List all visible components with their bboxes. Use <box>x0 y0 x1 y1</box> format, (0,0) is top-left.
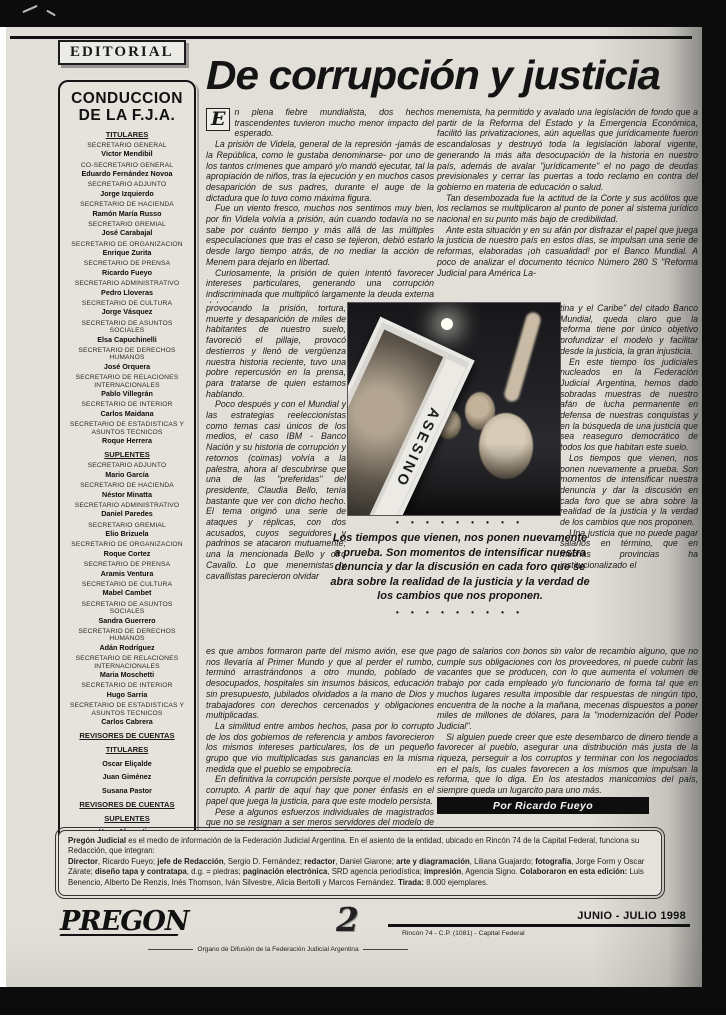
credit-label: Tirada: <box>398 878 424 887</box>
pull-quote-text: Los tiempos que vienen, nos ponen nuevam… <box>330 531 590 604</box>
sidebar-role: SECRETARIO ADMINISTRATIVO <box>64 502 190 510</box>
sidebar-role: SECRETARIO DE ORGANIZACION <box>64 241 190 249</box>
credit-label: diseño tapa y contratapa <box>95 867 187 876</box>
article-column-left-bottom: es que ambos formaron parte del mismo av… <box>206 646 434 844</box>
article-column-right-top: menemista, ha permitido y avalado una le… <box>437 107 698 302</box>
sidebar-section-subheading: TITULARES <box>64 745 190 754</box>
sidebar-name: José Orquera <box>64 363 190 371</box>
sidebar-role: SECRETARIO DE PRENSA <box>64 561 190 569</box>
sidebar-role: SECRETARIO DE ORGANIZACION <box>64 541 190 549</box>
sidebar-name: José Carabajal <box>64 229 190 237</box>
protest-photo: ASESINO <box>348 303 560 515</box>
hairline <box>148 949 193 950</box>
sidebar-name: Juan Giménez <box>64 773 190 781</box>
sidebar-role: SECRETARIO DE CULTURA <box>64 300 190 308</box>
paragraph: Tan desembozada fue la actitud de la Cor… <box>437 193 698 225</box>
sidebar-section-subheading: SUPLENTES <box>64 814 190 823</box>
sidebar-name: Aramis Ventura <box>64 570 190 578</box>
sidebar-role: SECRETARIO DE DERECHOS HUMANOS <box>64 628 190 643</box>
sidebar-section: SUPLENTESSECRETARIO ADJUNTOMario GarcíaS… <box>64 450 190 726</box>
sidebar-name: Elsa Capuchinelli <box>64 336 190 344</box>
sidebar-sections: TITULARESSECRETARIO GENERALVictor Mendib… <box>64 130 190 846</box>
sidebar-role: SECRETARIO ADJUNTO <box>64 181 190 189</box>
fja-leadership-box: CONDUCCION DE LA F.J.A. TITULARESSECRETA… <box>58 80 196 846</box>
editorial-label: EDITORIAL <box>70 44 174 60</box>
sidebar-role: SECRETARIO DE ASUNTOS SOCIALES <box>64 601 190 616</box>
sidebar-name: Jorge Vásquez <box>64 308 190 316</box>
paragraph: Si alguien puede creer que este desembar… <box>437 732 698 795</box>
sidebar-role: SECRETARIO DE PRENSA <box>64 260 190 268</box>
sidebar-section-heading: REVISORES DE CUENTAS <box>64 800 190 809</box>
sidebar-name: Ramón María Russo <box>64 210 190 218</box>
paragraph: En este tiempo los judiciales nucleados … <box>560 357 698 453</box>
sidebar-role: SECRETARIO DE ASUNTOS SOCIALES <box>64 320 190 335</box>
sidebar-role: SECRETARIO DE INTERIOR <box>64 401 190 409</box>
paragraph: Curiosamente, la prisión de quien intent… <box>206 268 434 303</box>
credit-label: jefe de Redacción <box>157 857 223 866</box>
sidebar-name: Carlos Maidana <box>64 410 190 418</box>
sidebar-name: Pedro Lloveras <box>64 289 190 297</box>
footer-organ-line: Organo de Difusión de la Federación Judi… <box>148 946 408 953</box>
credit-label: redactor <box>304 857 335 866</box>
sidebar-name: Maria Moschetti <box>64 671 190 679</box>
sidebar-role: SECRETARIO DE HACIENDA <box>64 482 190 490</box>
masthead-box: Pregón Judicial es el medio de informaci… <box>58 830 662 896</box>
sidebar-name: Néstor Minatta <box>64 491 190 499</box>
pull-quote: • • • • • • • • • Los tiempos que vienen… <box>330 516 590 642</box>
sidebar-title-line1: CONDUCCION <box>64 90 190 107</box>
sidebar-role: SECRETARIO DE CULTURA <box>64 581 190 589</box>
credit-label: Director <box>68 857 98 866</box>
sidebar-role: SECRETARIO DE DERECHOS HUMANOS <box>64 347 190 362</box>
sidebar-name: Daniel Paredes <box>64 510 190 518</box>
sidebar-role: CO-SECRETARIO GENERAL <box>64 162 190 170</box>
address-line: Rincón 74 - C.P. (1081) - Capital Federa… <box>388 930 690 937</box>
top-rule <box>10 36 692 39</box>
sidebar-name: Pablo Villegrán <box>64 390 190 398</box>
sidebar-role: SECRETARIO DE HACIENDA <box>64 201 190 209</box>
paragraph: En plena fiebre mundialista, dos hechos … <box>206 107 434 139</box>
page-number: 2 <box>336 900 359 939</box>
sidebar-section: REVISORES DE CUENTASTITULARESOscar Eliça… <box>64 731 190 795</box>
credit-label: fotografía <box>535 857 571 866</box>
sidebar-name: Eduardo Fernández Novoa <box>64 170 190 178</box>
byline-text: Por Ricardo Fueyo <box>493 800 593 812</box>
sidebar-role: SECRETARIO GREMIAL <box>64 522 190 530</box>
credit-label: arte y diagramación <box>396 857 470 866</box>
pregon-logo-text: PREGON <box>60 906 190 937</box>
footer-rule <box>388 924 690 927</box>
paragraph: La prisión de Videla, general de la repr… <box>206 139 434 203</box>
paragraph: La similitud entre ambos hechos, pasa po… <box>206 721 434 775</box>
credit-label: Pregón Judicial <box>68 836 126 845</box>
streetlight <box>441 318 453 330</box>
credit-label: Colaboraron en esta edición: <box>520 867 627 876</box>
paragraph: menemista, ha permitido y avalado una le… <box>437 107 698 193</box>
sidebar-name: Sandra Guerrero <box>64 617 190 625</box>
sidebar-name: Roque Herrera <box>64 437 190 445</box>
sidebar-name: Mario García <box>64 471 190 479</box>
sidebar-name: Hugo Sarria <box>64 691 190 699</box>
sidebar-role: SECRETARIO GREMIAL <box>64 221 190 229</box>
masthead-intro: Pregón Judicial es el medio de informaci… <box>68 836 652 856</box>
logo-underline <box>59 934 178 936</box>
sidebar-name: Mabel Cambet <box>64 589 190 597</box>
quote-dots-bottom: • • • • • • • • • <box>330 608 590 617</box>
sidebar-section-heading: TITULARES <box>64 130 190 139</box>
sidebar-section: TITULARESSECRETARIO GENERALVictor Mendib… <box>64 130 190 446</box>
raised-arm <box>503 311 543 404</box>
paragraph: Ante esta situación y en su afán por dis… <box>437 225 698 279</box>
scan-bottom-band <box>0 987 726 1015</box>
article-column-left-top: En plena fiebre mundialista, dos hechos … <box>206 107 434 303</box>
sidebar-role: SECRETARIO DE RELACIONES INTERNACIONALES <box>64 374 190 389</box>
drop-cap: E <box>206 108 230 131</box>
footer-issue-block: JUNIO - JULIO 1998 Rincón 74 - C.P. (108… <box>388 910 690 937</box>
organ-text: Organo de Difusión de la Federación Judi… <box>197 946 358 953</box>
sidebar-role: SECRETARIO DE RELACIONES INTERNACIONALES <box>64 655 190 670</box>
scan-artifact <box>46 10 56 17</box>
scan-artifact <box>22 5 37 13</box>
paragraph: Fue un viento fresco, muchos nos sentimo… <box>206 203 434 267</box>
sidebar-name: Elio Brizuela <box>64 530 190 538</box>
sidebar-role: SECRETARIO DE ESTADISTICAS Y ASUNTOS TEC… <box>64 702 190 717</box>
section-label-editorial: EDITORIAL <box>58 40 186 65</box>
sidebar-role: SECRETARIO GENERAL <box>64 142 190 150</box>
paragraph: pago de salarios con bonos sin valor de … <box>437 646 698 732</box>
sidebar-name: Enrique Zurita <box>64 249 190 257</box>
article-column-left-narrow: provocando la prisión, tortura, muerte y… <box>206 303 346 644</box>
sidebar-section-heading: SUPLENTES <box>64 450 190 459</box>
quote-dots-top: • • • • • • • • • <box>330 518 590 527</box>
article-headline: De corrupción y justicia <box>206 52 715 104</box>
paragraph: tina y el Caribe" del citado Banco Mundi… <box>560 303 698 357</box>
paragraph: es que ambos formaron parte del mismo av… <box>206 646 434 721</box>
sidebar-role: SECRETARIO DE INTERIOR <box>64 682 190 690</box>
sidebar-name: Victor Mendibil <box>64 150 190 158</box>
sidebar-name: Ricardo Fueyo <box>64 269 190 277</box>
issue-date: JUNIO - JULIO 1998 <box>388 910 690 922</box>
sidebar-name: Carlos Cabrera <box>64 718 190 726</box>
paragraph: provocando la prisión, tortura, muerte y… <box>206 303 346 399</box>
scan-top-band <box>0 0 726 27</box>
sidebar-role: SECRETARIO ADMINISTRATIVO <box>64 280 190 288</box>
masthead-credits: Director, Ricardo Fueyo; jefe de Redacci… <box>68 857 652 887</box>
sidebar-role: SECRETARIO DE ESTADISTICAS Y ASUNTOS TEC… <box>64 421 190 436</box>
paragraph: En definitiva la corrupción persiste por… <box>206 774 434 806</box>
sidebar-name: Susana Pastor <box>64 787 190 795</box>
paragraph: Poco después y con el Mundial y las estr… <box>206 399 346 581</box>
sidebar-section-heading: REVISORES DE CUENTAS <box>64 731 190 740</box>
article-column-right-bottom: pago de salarios con bonos sin valor de … <box>437 646 698 795</box>
sidebar-title-line2: DE LA F.J.A. <box>64 107 190 124</box>
credit-label: paginación electrónica <box>243 867 328 876</box>
sidebar-name: Jorge Izquierdo <box>64 190 190 198</box>
footer-logo: PREGON <box>60 906 190 936</box>
credit-label: impresión <box>424 867 461 876</box>
sidebar-name: Roque Cortez <box>64 550 190 558</box>
sidebar-name: Adán Rodríguez <box>64 644 190 652</box>
sidebar-role: SECRETARIO ADJUNTO <box>64 462 190 470</box>
scan-right-band <box>702 0 726 1000</box>
byline-bar: Por Ricardo Fueyo <box>437 797 649 814</box>
sidebar-name: Oscar Eliçalde <box>64 760 190 768</box>
hairline <box>363 949 408 950</box>
